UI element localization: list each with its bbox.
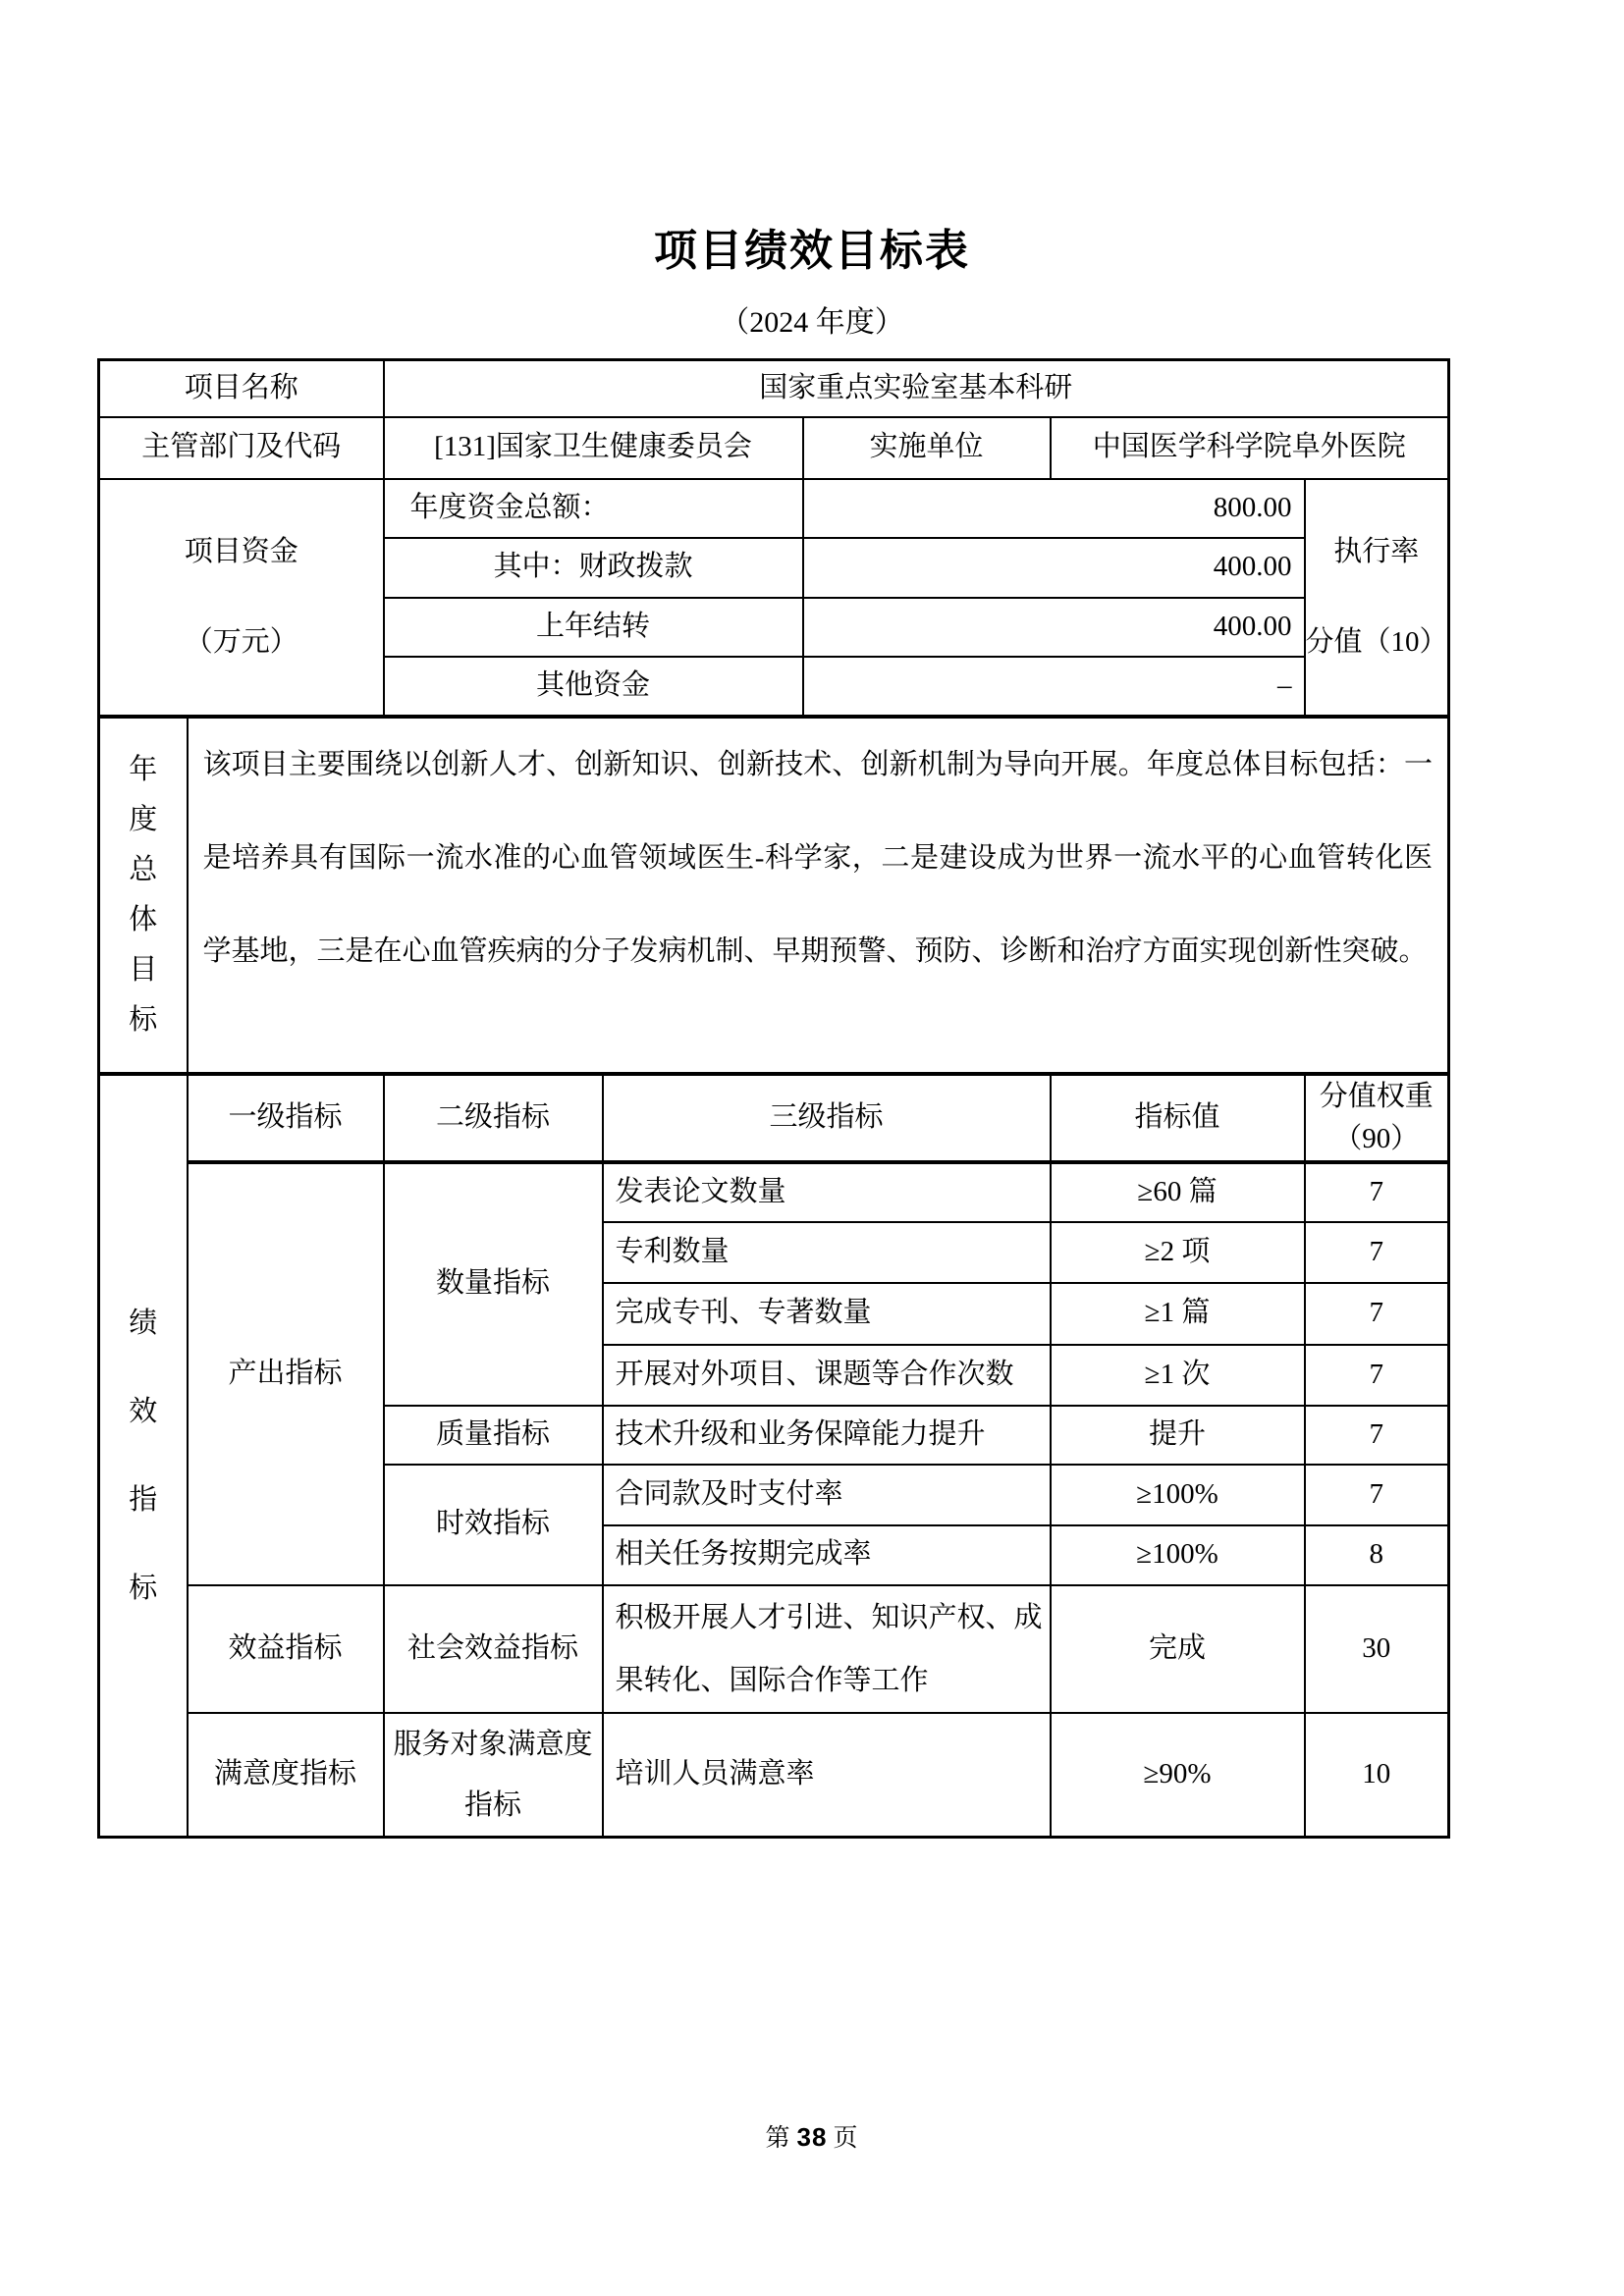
funding-fiscal-label-cell: 其中：财政拨款 [384,538,803,598]
exec-rate-line2: 分值（10） [1306,597,1448,687]
performance-char: 指 [100,1456,187,1544]
header-value-cell: 指标值 [1051,1074,1305,1162]
row-funding-total: 项目资金 （万元） 年度资金总额： 800.00 执行率 分值（10） [99,479,1449,538]
indicator-value-cell: 提升 [1051,1406,1305,1465]
funding-total-label-cell: 年度资金总额： [384,479,803,538]
page-title: 项目绩效目标表 [0,215,1624,278]
funding-label-line2: （万元） [100,597,383,687]
indicator-l2-cell: 数量指标 [384,1162,603,1406]
indicator-l3-cell: 培训人员满意率 [603,1713,1051,1838]
indicator-l3-cell: 专利数量 [603,1222,1051,1283]
indicator-value-cell: ≥60 篇 [1051,1162,1305,1222]
indicator-value-cell: ≥1 篇 [1051,1283,1305,1345]
indicator-weight-cell: 7 [1305,1283,1449,1345]
indicator-l3-cell: 相关任务按期完成率 [603,1525,1051,1585]
page-number: 38 [791,2122,834,2152]
indicator-l3-cell: 开展对外项目、课题等合作次数 [603,1345,1051,1406]
header-weight-cell: 分值权重 （90） [1305,1074,1449,1162]
row-indicator: 产出指标 数量指标 发表论文数量 ≥60 篇 7 [99,1162,1449,1222]
footer-prefix: 第 [766,2125,791,2152]
indicator-value-cell: ≥100% [1051,1525,1305,1585]
indicator-weight-cell: 7 [1305,1162,1449,1222]
project-name-cell: 国家重点实验室基本科研 [384,360,1449,417]
dept-code-cell: [131]国家卫生健康委员会 [384,417,803,479]
row-indicator-header: 绩 效 指 标 一级指标 二级指标 三级指标 指标值 分值权重 （90） [99,1074,1449,1162]
row-project-name: 项目名称 国家重点实验室基本科研 [99,360,1449,417]
header-weight-line1: 分值权重 [1306,1076,1448,1118]
funding-carryover-label-cell: 上年结转 [384,598,803,657]
indicator-weight-cell: 30 [1305,1585,1449,1713]
annual-goal-char: 总 [100,845,187,895]
indicator-l3-cell: 完成专刊、专著数量 [603,1283,1051,1345]
annual-goal-char: 年 [100,745,187,795]
page-footer: 第38页 [0,2118,1624,2154]
funding-label-line1: 项目资金 [100,507,383,597]
row-indicator: 满意度指标 服务对象满意度指标 培训人员满意率 ≥90% 10 [99,1713,1449,1838]
annual-goal-char: 度 [100,795,187,845]
annual-goal-text-cell: 该项目主要围绕以创新人才、创新知识、创新技术、创新机制为导向开展。年度总体目标包… [188,717,1449,1074]
indicator-l3-cell: 发表论文数量 [603,1162,1051,1222]
performance-label-cell: 绩 效 指 标 [99,1074,188,1838]
annual-goal-char: 体 [100,895,187,945]
header-l2-cell: 二级指标 [384,1074,603,1162]
indicator-weight-cell: 7 [1305,1222,1449,1283]
indicator-value-cell: 完成 [1051,1585,1305,1713]
indicator-l1-cell: 产出指标 [188,1162,384,1585]
annual-goal-char: 标 [100,995,187,1045]
indicator-weight-cell: 7 [1305,1465,1449,1525]
indicator-value-cell: ≥1 次 [1051,1345,1305,1406]
funding-fiscal-value-cell: 400.00 [803,538,1305,598]
funding-carryover-value-cell: 400.00 [803,598,1305,657]
dept-code-label-cell: 主管部门及代码 [99,417,384,479]
annual-goal-label-cell: 年 度 总 体 目 标 [99,717,188,1074]
indicator-weight-cell: 10 [1305,1713,1449,1838]
funding-section-label-cell: 项目资金 （万元） [99,479,384,717]
row-annual-goal: 年 度 总 体 目 标 该项目主要围绕以创新人才、创新知识、创新技术、创新机制为… [99,717,1449,1074]
indicator-value-cell: ≥100% [1051,1465,1305,1525]
impl-unit-cell: 中国医学科学院阜外医院 [1051,417,1449,479]
row-department: 主管部门及代码 [131]国家卫生健康委员会 实施单位 中国医学科学院阜外医院 [99,417,1449,479]
row-indicator: 效益指标 社会效益指标 积极开展人才引进、知识产权、成果转化、国际合作等工作 完… [99,1585,1449,1713]
indicator-l3-cell: 合同款及时支付率 [603,1465,1051,1525]
indicator-l2-cell: 时效指标 [384,1465,603,1585]
performance-char: 绩 [100,1279,187,1367]
funding-other-label-cell: 其他资金 [384,657,803,717]
indicator-weight-cell: 7 [1305,1345,1449,1406]
footer-suffix: 页 [833,2125,858,2152]
indicator-weight-cell: 8 [1305,1525,1449,1585]
header-weight-line2: （90） [1306,1118,1448,1160]
indicator-l2-cell: 服务对象满意度指标 [384,1713,603,1838]
header-l3-cell: 三级指标 [603,1074,1051,1162]
indicator-value-cell: ≥2 项 [1051,1222,1305,1283]
header-l1-cell: 一级指标 [188,1074,384,1162]
indicator-l3-cell: 技术升级和业务保障能力提升 [603,1406,1051,1465]
exec-rate-cell: 执行率 分值（10） [1305,479,1449,717]
indicator-l2-cell: 社会效益指标 [384,1585,603,1713]
funding-total-value-cell: 800.00 [803,479,1305,538]
funding-other-value-cell: – [803,657,1305,717]
performance-target-table: 项目名称 国家重点实验室基本科研 主管部门及代码 [131]国家卫生健康委员会 … [97,358,1450,1839]
performance-char: 标 [100,1544,187,1632]
indicator-l3-cell: 积极开展人才引进、知识产权、成果转化、国际合作等工作 [603,1585,1051,1713]
indicator-value-cell: ≥90% [1051,1713,1305,1838]
exec-rate-line1: 执行率 [1306,507,1448,597]
indicator-l1-cell: 满意度指标 [188,1713,384,1838]
indicator-l1-cell: 效益指标 [188,1585,384,1713]
indicator-l2-cell: 质量指标 [384,1406,603,1465]
document-page: 项目绩效目标表 （2024 年度） 项目名称 国家重点实验室基本科研 主管部门及… [0,0,1624,2296]
project-name-label-cell: 项目名称 [99,360,384,417]
page-subtitle: （2024 年度） [0,297,1624,341]
indicator-weight-cell: 7 [1305,1406,1449,1465]
performance-char: 效 [100,1367,187,1456]
annual-goal-char: 目 [100,945,187,995]
impl-unit-label-cell: 实施单位 [803,417,1051,479]
